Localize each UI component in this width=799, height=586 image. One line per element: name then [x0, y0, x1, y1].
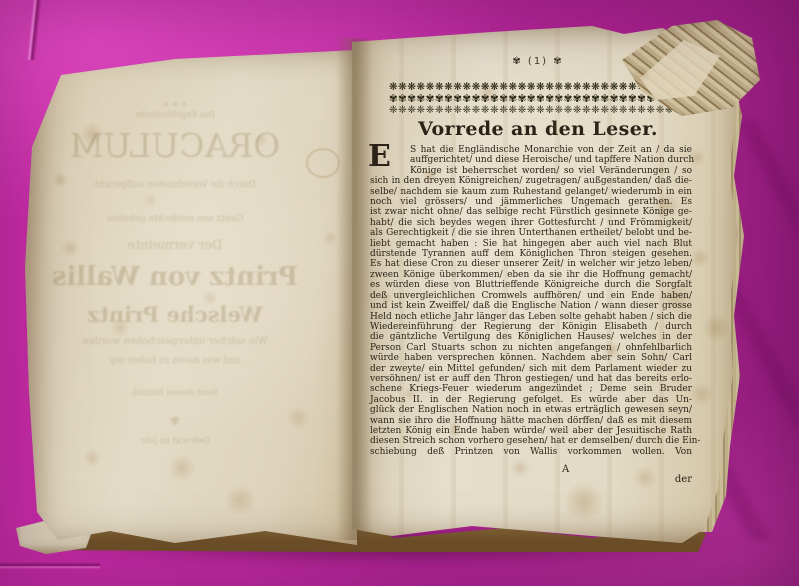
body-line: S hat die Engländische Monarchie von der…: [370, 145, 692, 155]
showthrough-line: Welsche Printz: [29, 302, 321, 327]
body-line: noch viel grössers/ und jämmerliches Ung…: [370, 197, 692, 207]
catchword: der: [675, 474, 692, 485]
body-line: deß unvergleichlichen Cromwels auffhören…: [370, 291, 692, 301]
body-line: letzten König ein Ende haben würde/ weil…: [370, 426, 692, 436]
showthrough-line: Der vermeinte: [29, 238, 321, 253]
body-line: versöhnen/ ist er auff den Thron gestieg…: [370, 374, 692, 384]
showthrough-title-text: ✳ ✳ ✳Das EngelländischeORACULUMDurch die…: [25, 42, 357, 545]
body-line: Könige ist beherrschet worden/ so viel V…: [370, 166, 692, 176]
body-line: zween Könige überkommen/ eben da sie ihr…: [370, 270, 692, 280]
showthrough-line: Samt dessen Bildnüß: [29, 388, 321, 397]
fabric-seam-bottom-left: [0, 562, 100, 569]
signature-mark: A: [562, 464, 569, 475]
preface-body: S hat die Engländische Monarchie von der…: [370, 145, 692, 457]
ornament-row: ❈❈❈❈❈❈❈❈❈❈❈❈❈❈❈❈❈❈❈❈❈❈❈❈❈❈❈❈❈❈❈❈: [382, 105, 690, 117]
body-line: und ist kein Zweiffel/ daß die Englische…: [370, 301, 692, 311]
body-line: es würden diese von Bluttrieffende König…: [370, 280, 692, 290]
body-line: Jacobus II. in der Regierung gefolget. E…: [370, 395, 692, 405]
showthrough-line: Gedruckt im Jahr: [29, 436, 321, 445]
showthrough-line: Gantz neu entdeckte geheime: [29, 214, 321, 224]
body-line: würde haben versprechen können. Nachdem …: [370, 353, 692, 363]
showthrough-line: ✾: [29, 414, 321, 428]
body-line: dürstende Tyrannen auff dem Königlichen …: [370, 249, 692, 259]
body-line: Person Carl Stuarts schon zu nichten ang…: [370, 343, 692, 353]
body-line: schiebung deß Printzen von Wallis vorkom…: [370, 447, 692, 457]
fabric-seam-top-left: [27, 0, 43, 60]
body-line: die gäntzliche Vertilgung des Königliche…: [370, 332, 692, 342]
body-line: schene Kriegs-Feuer wiederum angezündet …: [370, 384, 692, 394]
body-line: Es hat diese Cron zu dieser unserer Zeit…: [370, 259, 692, 269]
body-line: Held noch etliche Jahr länger das Leben …: [370, 312, 692, 322]
body-line: habt/ die sich beydes wegen ihrer Gottes…: [370, 218, 692, 228]
body-line: selbe/ nachdem sie kaum zum Ruhestand ge…: [370, 187, 692, 197]
body-line: als Gerechtigkeit / die sie ihren Untert…: [370, 228, 692, 238]
body-line: der zweyte/ ein Mittel gefunden/ sich mi…: [370, 364, 692, 374]
showthrough-line: Wie solcher untergeschoben worden: [29, 336, 321, 347]
ring-stain: [306, 148, 340, 178]
body-line: diesen Streich schon vorhero gesehen/ ha…: [370, 436, 692, 446]
showthrough-line: Durch die Vornehmsten auffgericht: [29, 180, 321, 190]
body-line: liebt gemacht haben : Sie hat hingegen a…: [370, 239, 692, 249]
body-line: sich in den dreyen Königreichen/ zugetra…: [370, 176, 692, 186]
body-line: wann sie ihro die Hoffnung hätte machen …: [370, 416, 692, 426]
body-line: ist zwar nicht ohne/ das selbige recht F…: [370, 207, 692, 217]
preface-heading: Vorrede an den Leser.: [378, 118, 698, 140]
showthrough-line: Das Engelländische: [29, 110, 321, 119]
photo-of-open-book: ✳ ✳ ✳Das EngelländischeORACULUMDurch die…: [0, 0, 799, 586]
showthrough-line: und was davon zu halten sey: [29, 356, 321, 366]
showthrough-line: Printz von Wallis: [29, 262, 321, 292]
body-line: auffgerichtet/ und diese Heroische/ und …: [370, 155, 692, 165]
showthrough-line: ORACULUM: [29, 126, 321, 165]
left-page: ✳ ✳ ✳Das EngelländischeORACULUMDurch die…: [25, 42, 357, 545]
body-line: glück der Englischen Nation noch in etwa…: [370, 405, 692, 415]
showthrough-line: ✳ ✳ ✳: [29, 100, 321, 109]
body-line: Wiedereinführung der Regierung der König…: [370, 322, 692, 332]
